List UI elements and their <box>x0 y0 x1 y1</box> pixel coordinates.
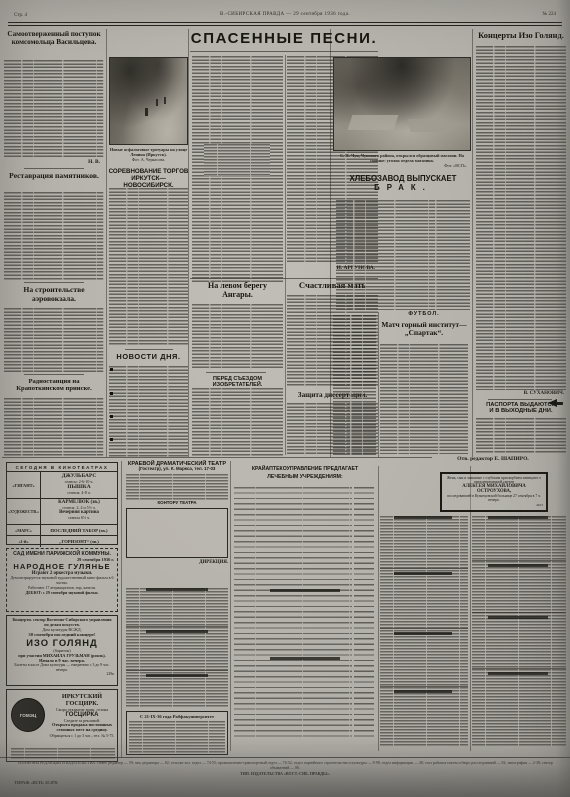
classifieds-column <box>126 588 228 708</box>
price-value-column <box>354 487 374 739</box>
section-rule <box>125 349 173 350</box>
concert-performer-name: ИЗО ГОЛЯНД <box>10 637 114 648</box>
classified-separator <box>472 668 566 669</box>
circus-text-block: ИРКУТСКИЙ ГОСЦИРК. Скоро открытие зимн. … <box>49 693 115 738</box>
title-line: ХЛЕБОЗАВОД ВЫПУСКАЕТ <box>350 174 457 183</box>
pharmacy-header-1: КРАЙАПТЕКОУПРАВЛЕНИЕ ПРЕДЛАГАЕТ <box>232 467 378 473</box>
news-bullet-icon <box>110 438 113 441</box>
article-body-novosti <box>109 366 188 458</box>
headline-rule <box>190 51 378 52</box>
article-body-radio <box>4 398 104 456</box>
cinema-row: «ХУДОЖЕСТВ.» КАРМЕЛЮК (зв.) сеансы: 2, 4… <box>7 499 117 525</box>
film-title: „ГОРИЗОНТ“ (зв.) <box>41 536 117 547</box>
footer-circulation: ТИРАЖ «ВСП» 65.870. <box>14 780 154 785</box>
classified-separator <box>126 670 228 671</box>
title-line: СОРЕВНОВАНИЕ ТОРГОВ <box>109 168 189 175</box>
article-body-futbol <box>380 344 468 454</box>
park-line: ДЕБЮТ: с 29 сентября звуковой фильм. <box>10 590 114 595</box>
classified-lead <box>488 564 548 567</box>
article-title-bereg: На левом берегу Ангары. <box>192 282 283 300</box>
footer-telephones: ТЕЛЕФОНЫ РЕДАКЦИИ И ИЗДАТЕЛЬСТВА. Ответ.… <box>14 761 556 771</box>
store-counter <box>407 119 451 132</box>
article-title-kontserty: Концерты Изо Голянд. <box>474 31 568 40</box>
section-rule <box>24 374 84 375</box>
article-title-aerovokzal: На строительстве аэровокзала. <box>4 286 104 303</box>
pedestrian-figure <box>145 108 147 116</box>
article-body-aerovokzal <box>4 308 104 372</box>
obituary-intro: Жена, сын и знакомые с глубоким прискорб… <box>445 476 543 485</box>
theater-ad: КРАЕВОЙ ДРАМАТИЧЕСКИЙ ТЕАТР (Гостеатр), … <box>126 461 228 583</box>
pointer-left-icon <box>544 399 564 408</box>
issue-number-label: № 224 <box>480 12 556 18</box>
article-body-bereg <box>192 304 283 370</box>
pedestrian-figure <box>164 97 166 104</box>
verse-block <box>204 144 270 176</box>
column-divider <box>106 29 107 457</box>
classifieds-column <box>380 516 468 746</box>
column-divider <box>121 461 122 757</box>
title-line: И В ВЫХОДНЫЕ ДНИ. <box>489 408 552 414</box>
concert-line: Концертн. сектор Восточно-Сибирского упр… <box>10 618 114 627</box>
concert-line: Билеты в кассе Дома культуры — ежедневно… <box>10 663 114 672</box>
ad-code: 229к <box>10 672 114 676</box>
article-title-futbol: Матч горный институт— „Спартак“. <box>380 321 468 338</box>
obituary-box: Жена, сын и знакомые с глубоким прискорб… <box>440 472 548 512</box>
section-rule <box>24 168 84 169</box>
classified-separator <box>472 560 566 561</box>
footer-printer: ТИП. ИЗДАТЕЛЬСТВА «ВОСТ.-СИБ. ПРАВДЫ». <box>140 772 430 777</box>
classified-lead <box>488 516 548 519</box>
column-divider <box>472 29 473 457</box>
pharmacy-header-2: ЛЕЧЕБНЫМ УЧРЕЖДЕНИЯМ: <box>232 475 378 481</box>
title-line: ИРКУТСК—НОВОСИБИРСК. <box>123 175 173 189</box>
article-title-novosti: НОВОСТИ ДНЯ. <box>109 353 188 361</box>
cinema-row: «ГИГАНТ» ДЖУЛЬБАРС сеансы: 2-6-10 ч. ПЫШ… <box>7 472 117 499</box>
store-counter <box>348 115 399 130</box>
circus-ad-box: ГОМЭЦ ИРКУТСКИЙ ГОСЦИРК. Скоро открытие … <box>6 689 118 762</box>
cinema-row: «МАРС» ПОСЛЕДНИЙ ТАБОР (зв.) <box>7 525 117 536</box>
classified-separator <box>380 568 468 569</box>
circus-logo-text: ГОМЭЦ <box>20 713 37 718</box>
pharmacy-price-list: КРАЙАПТЕКОУПРАВЛЕНИЕ ПРЕДЛАГАЕТ ЛЕЧЕБНЫМ… <box>232 461 378 747</box>
street-photo <box>109 57 188 145</box>
classified-lead <box>394 632 452 635</box>
pedestrian-figure <box>156 99 158 106</box>
title-line: БРАК. <box>374 183 432 192</box>
article-body-syezd <box>192 388 283 456</box>
classified-lead <box>488 672 548 675</box>
section-rule <box>488 399 552 400</box>
news-bullet-icon <box>110 368 113 371</box>
obituary-detail: последовавшей в Кузнецовской больнице 27… <box>445 494 543 503</box>
classified-lead <box>146 588 208 591</box>
classified-lead <box>394 572 452 575</box>
classified-lead <box>394 516 452 519</box>
photo-credit: Фот. А. Черкасова. <box>109 158 188 163</box>
column-divider <box>378 312 379 457</box>
cinema-listings-box: СЕГОДНЯ В КИНОТЕАТРАХ «ГИГАНТ» ДЖУЛЬБАРС… <box>6 462 118 545</box>
section-rule <box>2 457 432 458</box>
kicker-futbol: ФУТБОЛ. <box>380 311 468 317</box>
classified-separator <box>126 626 228 627</box>
price-subheading <box>270 589 340 592</box>
main-headline: СПАСЕННЫЕ ПЕСНИ. <box>190 31 378 48</box>
section-rule <box>24 282 84 283</box>
news-bullet-icon <box>110 415 113 418</box>
photo-caption: Новые асфальтовые тротуары на улице Лени… <box>109 147 188 157</box>
classified-lead <box>146 674 208 677</box>
newspaper-page: Стр. 4 В.-СИБИРСКАЯ ПРАВДА — 29 сентября… <box>0 0 570 797</box>
photo-credit: Фот. «ВСП». <box>333 164 467 169</box>
cinema-theater-name: «1-й» <box>7 536 41 547</box>
article-body-continuation <box>333 315 376 457</box>
classified-lead <box>488 616 548 619</box>
cinema-theater-name: «ГИГАНТ» <box>7 472 41 498</box>
article-title-vasiltsev: Самоотверженный поступок комсомольца Вас… <box>4 30 104 46</box>
cinema-films-cell: ДЖУЛЬБАРС сеансы: 2-6-10 ч. ПЫШКА сеансы… <box>41 472 117 498</box>
classified-separator <box>472 612 566 613</box>
title-line: „Спартак“. <box>405 328 443 337</box>
theater-caps-line: КОНТОРУ ТЕАТРА <box>126 501 228 506</box>
cinema-theater-name: «ХУДОЖЕСТВ.» <box>7 499 41 524</box>
arrow-tail <box>553 402 563 405</box>
rabfak-ad-box: С 21-IX-36 года Рабфакуниверситет <box>126 711 228 755</box>
article-title-syezd: ПЕРЕД СЪЕЗДОМ ИЗОБРЕТАТЕЛЕЙ. <box>192 376 283 388</box>
theater-notice-box <box>126 508 228 558</box>
park-event-title: НАРОДНОЕ ГУЛЯНЬЕ <box>10 562 114 571</box>
rabfak-lead: С 21-IX-36 года Рабфакуниверситет <box>129 714 225 719</box>
classified-lead <box>394 690 452 693</box>
film-times: сеансы 6½ ч. <box>41 515 117 520</box>
circus-line: Открыта продажа постоянных сезонных мест… <box>49 723 115 733</box>
masthead: В.-СИБИРСКАЯ ПРАВДА — 29 сентября 1936 г… <box>140 12 430 18</box>
store-photo <box>333 57 471 151</box>
classifieds-column <box>472 516 566 746</box>
article-body-kontserty <box>476 46 566 390</box>
footer-rule <box>0 757 570 758</box>
circus-line: Обращаться с 1 до 3 час., тел. № 5-75. <box>49 733 115 738</box>
page-number-label: Стр. 4 <box>14 13 74 19</box>
column-divider <box>188 29 189 457</box>
article-title-restavratsiya: Реставрация памятников. <box>4 172 104 181</box>
concert-ad-box: Концертн. сектор Восточно-Сибирского упр… <box>6 615 118 686</box>
article-body-restavratsiya <box>4 192 104 280</box>
film-times: сеансы: 4-8 ч. <box>41 490 117 495</box>
article-body-khlebozavod <box>336 200 470 310</box>
news-bullet-icon <box>110 392 113 395</box>
park-line: Демонстрируется звуковой художественный … <box>10 576 114 585</box>
classified-separator <box>380 628 468 629</box>
film-title: ПОСЛЕДНИЙ ТАБОР (зв.) <box>41 525 117 535</box>
circus-title: ИРКУТСКИЙ ГОСЦИРК. <box>49 693 115 707</box>
article-body-pasporta <box>476 418 566 454</box>
signature: В. СУХАНОВИЧ. <box>476 391 564 396</box>
cinema-row: «1-й» „ГОРИЗОНТ“ (зв.) <box>7 536 117 547</box>
price-item-rows <box>234 487 352 739</box>
classified-separator <box>380 686 468 687</box>
cinema-theater-name: «МАРС» <box>7 525 41 535</box>
classified-lead <box>146 630 208 633</box>
ad-code: 4913 <box>445 503 543 507</box>
price-subheading <box>270 657 340 660</box>
theater-body <box>126 474 228 500</box>
article-title-sorevnovanie: СОРЕВНОВАНИЕ ТОРГОВ ИРКУТСК—НОВОСИБИРСК. <box>108 169 189 190</box>
theater-signature: ДИРЕКЦИЯ. <box>126 560 228 565</box>
theater-subtitle: (Гостеатр), ул. К. Маркса, тел. 17-03 <box>126 467 228 472</box>
editor-line: Отв. редактор Е. ШАПИРО. <box>438 456 548 462</box>
circus-logo-icon: ГОМЭЦ <box>11 698 45 732</box>
photo-caption: С. Н.-Чуя, Чунского района, открылся обр… <box>333 153 471 163</box>
obituary-name: АЛЕКСЕЯ МИХАЙЛОВИЧА ОСТРОУХОВА, <box>445 484 543 494</box>
masthead-rule <box>8 22 562 26</box>
signature: Н. В. <box>4 159 100 165</box>
section-rule <box>206 372 266 373</box>
rabfak-body <box>129 721 225 753</box>
article-title-radio: Радиостанция на Крапоткинском прииске. <box>4 378 104 393</box>
article-title-khlebozavod: ХЛЕБОЗАВОД ВЫПУСКАЕТ БРАК. <box>336 175 470 192</box>
park-event-box: САД ИМЕНИ ПАРИЖСКОЙ КОММУНЫ. 29 сентября… <box>6 548 118 612</box>
cinema-films-cell: КАРМЕЛЮК (зв.) сеансы: 2, 4 и 5½ ч. Вече… <box>41 499 117 524</box>
article-body-sorevnovanie <box>109 188 188 346</box>
cinema-box-header: СЕГОДНЯ В КИНОТЕАТРАХ <box>7 463 117 472</box>
article-body-vasiltsev <box>4 60 104 158</box>
column-divider <box>378 466 379 751</box>
column-divider <box>230 461 231 751</box>
column-divider <box>285 55 286 455</box>
